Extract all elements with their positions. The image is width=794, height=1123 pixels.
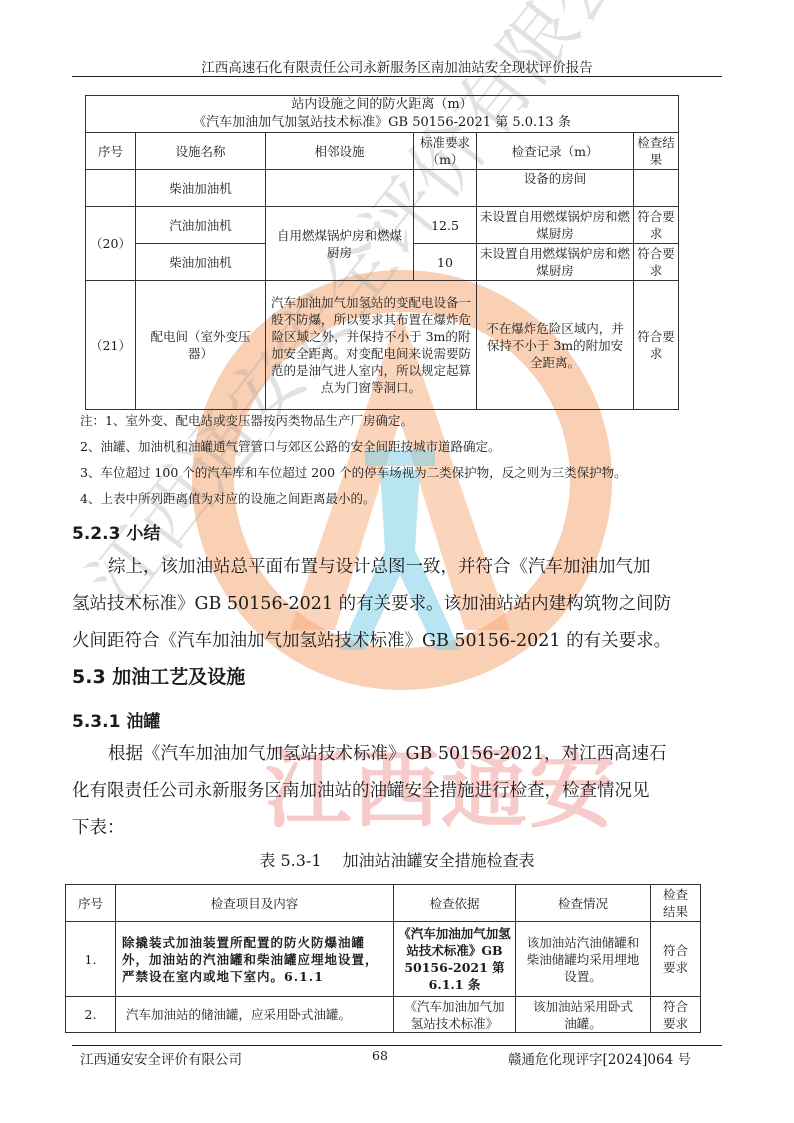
page-number: 68: [372, 1048, 388, 1063]
cell-standard: [414, 170, 477, 207]
cell-adjacent: 汽车加油加气加氢站的变配电设备一般不防爆，所以要求其布置在爆炸危险区域之外，并保…: [266, 281, 477, 410]
cell-name: 配电间（室外变压器）: [136, 281, 266, 410]
header-rule: [72, 76, 722, 77]
table-row: 2. 汽车加油站的储油罐，应采用卧式油罐。 《汽车加油加气加氢站技术标准》 该加…: [66, 997, 701, 1033]
cell-record: 未设置自用燃煤锅炉房和燃煤厨房: [477, 207, 634, 244]
cell-result: 符合要求: [634, 281, 679, 410]
cell-no: 1.: [66, 922, 116, 997]
running-header: 江西高速石化有限责任公司永新服务区南加油站安全现状评价报告: [72, 56, 722, 76]
paragraph-line: 根据《汽车加油加气加氢站技术标准》GB 50156-2021，对江西高速石: [72, 736, 722, 773]
table-notes: 注：1、室外变、配电站或变压器按丙类物品生产厂房确定。 2、油罐、加油机和油罐通…: [80, 408, 627, 512]
table-row: （21） 配电间（室外变压器） 汽车加油加气加氢站的变配电设备一般不防爆，所以要…: [86, 281, 679, 410]
col-header-name: 设施名称: [136, 133, 266, 170]
table-row: 柴油加油机 设备的房间: [86, 170, 679, 207]
footer-doc-number: 赣通危化现评字[2024]064 号: [508, 1048, 691, 1068]
cell-item: 汽车加油站的储油罐，应采用卧式油罐。: [116, 997, 394, 1033]
note-4: 4、上表中所列距离值为对应的设施之间距离最小的。: [80, 486, 627, 512]
col-header-situation: 检查情况: [516, 885, 651, 922]
cell-no: （20）: [86, 207, 136, 281]
cell-situation: 该加油站汽油储罐和柴油储罐均采用埋地设置。: [516, 922, 651, 997]
paragraph-line: 氢站技术标准》GB 50156-2021 的有关要求。该加油站站内建构筑物之间防: [72, 586, 722, 623]
oil-tank-check-table: 序号 检查项目及内容 检查依据 检查情况 检查结果 1. 除撬装式加油装置所配置…: [65, 884, 701, 1033]
caption-line-2: 《汽车加油加气加氢站技术标准》GB 50156-2021 第 5.0.13 条: [89, 114, 675, 132]
cell-no: 2.: [66, 997, 116, 1033]
cell-no: [86, 170, 136, 207]
col-header-basis: 检查依据: [394, 885, 516, 922]
cell-adjacent: 自用燃煤锅炉房和燃煤厨房: [266, 207, 414, 281]
section-heading-5-2-3: 5.2.3 小结: [72, 519, 160, 544]
col-header-record: 检查记录（m）: [477, 133, 634, 170]
paragraph-line: 综上，该加油站总平面布置与设计总图一致，并符合《汽车加油加气加: [72, 549, 722, 586]
cell-record: 不在爆炸危险区域内，并保持不小于 3m的附加安全距离。: [477, 281, 634, 410]
paragraph-line: 火间距符合《汽车加油加气加氢站技术标准》GB 50156-2021 的有关要求。: [72, 623, 722, 660]
table-row: 1. 除撬装式加油装置所配置的防火防爆油罐外，加油站的汽油罐和柴油罐应埋地设置，…: [66, 922, 701, 997]
cell-no: （21）: [86, 281, 136, 410]
paragraph-line: 化有限责任公司永新服务区南加油站的油罐安全措施进行检查，检查情况见: [72, 773, 722, 810]
col-header-no: 序号: [66, 885, 116, 922]
paragraph-line: 下表：: [72, 810, 722, 847]
fire-distance-table: 站内设施之间的防火距离（m） 《汽车加油加气加氢站技术标准》GB 50156-2…: [85, 95, 679, 410]
cell-situation: 该加油站采用卧式油罐。: [516, 997, 651, 1033]
col-header-result: 检查结果: [651, 885, 701, 922]
table-header-row: 序号 检查项目及内容 检查依据 检查情况 检查结果: [66, 885, 701, 922]
col-header-result: 检查结果: [634, 133, 679, 170]
summary-paragraph: 综上，该加油站总平面布置与设计总图一致，并符合《汽车加油加气加 氢站技术标准》G…: [72, 549, 722, 660]
cell-name: 柴油加油机: [136, 244, 266, 281]
table-header-row: 序号 设施名称 相邻设施 标准要求（m） 检查记录（m） 检查结果: [86, 133, 679, 170]
cell-result: 符合要求: [634, 207, 679, 244]
footer-company: 江西通安安全评价有限公司: [80, 1048, 242, 1068]
table-row: （20） 汽油加油机 自用燃煤锅炉房和燃煤厨房 12.5 未设置自用燃煤锅炉房和…: [86, 207, 679, 244]
col-header-item: 检查项目及内容: [116, 885, 394, 922]
cell-result: 符合要求: [634, 244, 679, 281]
table-caption: 站内设施之间的防火距离（m） 《汽车加油加气加氢站技术标准》GB 50156-2…: [86, 96, 679, 133]
oil-tank-paragraph: 根据《汽车加油加气加氢站技术标准》GB 50156-2021，对江西高速石 化有…: [72, 736, 722, 847]
footer-rule: [72, 1045, 722, 1046]
document-page: 江西通安安全评价有限公司 江西通安 江西高速石化有限责任公司永新服务区南加油站安…: [0, 0, 794, 1123]
cell-record: 设备的房间: [477, 170, 634, 207]
note-1: 注：1、室外变、配电站或变压器按丙类物品生产厂房确定。: [80, 408, 627, 434]
cell-result: [634, 170, 679, 207]
cell-standard: 12.5: [414, 207, 477, 244]
caption-line-1: 站内设施之间的防火距离（m）: [89, 96, 675, 114]
col-header-standard: 标准要求（m）: [414, 133, 477, 170]
col-header-adjacent: 相邻设施: [266, 133, 414, 170]
cell-basis: 《汽车加油加气加氢站技术标准》: [394, 997, 516, 1033]
note-2: 2、油罐、加油机和油罐通气管管口与郊区公路的安全间距按城市道路确定。: [80, 434, 627, 460]
cell-standard: 10: [414, 244, 477, 281]
section-heading-5-3-1: 5.3.1 油罐: [72, 707, 160, 732]
cell-name: 汽油加油机: [136, 207, 266, 244]
cell-result: 符合要求: [651, 922, 701, 997]
table-caption-5-3-1: 表 5.3-1 加油站油罐安全措施检查表: [0, 848, 794, 871]
note-3: 3、车位超过 100 个的汽车库和车位超过 200 个的停车场视为二类保护物，反…: [80, 460, 627, 486]
col-header-no: 序号: [86, 133, 136, 170]
section-heading-5-3: 5.3 加油工艺及设施: [72, 662, 245, 689]
cell-name: 柴油加油机: [136, 170, 266, 207]
cell-item: 除撬装式加油装置所配置的防火防爆油罐外，加油站的汽油罐和柴油罐应埋地设置，严禁设…: [116, 922, 394, 997]
cell-adjacent: [266, 170, 414, 207]
cell-basis: 《汽车加油加气加氢站技术标准》GB 50156-2021 第 6.1.1 条: [394, 922, 516, 997]
cell-record: 未设置自用燃煤锅炉房和燃煤厨房: [477, 244, 634, 281]
cell-result: 符合要求: [651, 997, 701, 1033]
